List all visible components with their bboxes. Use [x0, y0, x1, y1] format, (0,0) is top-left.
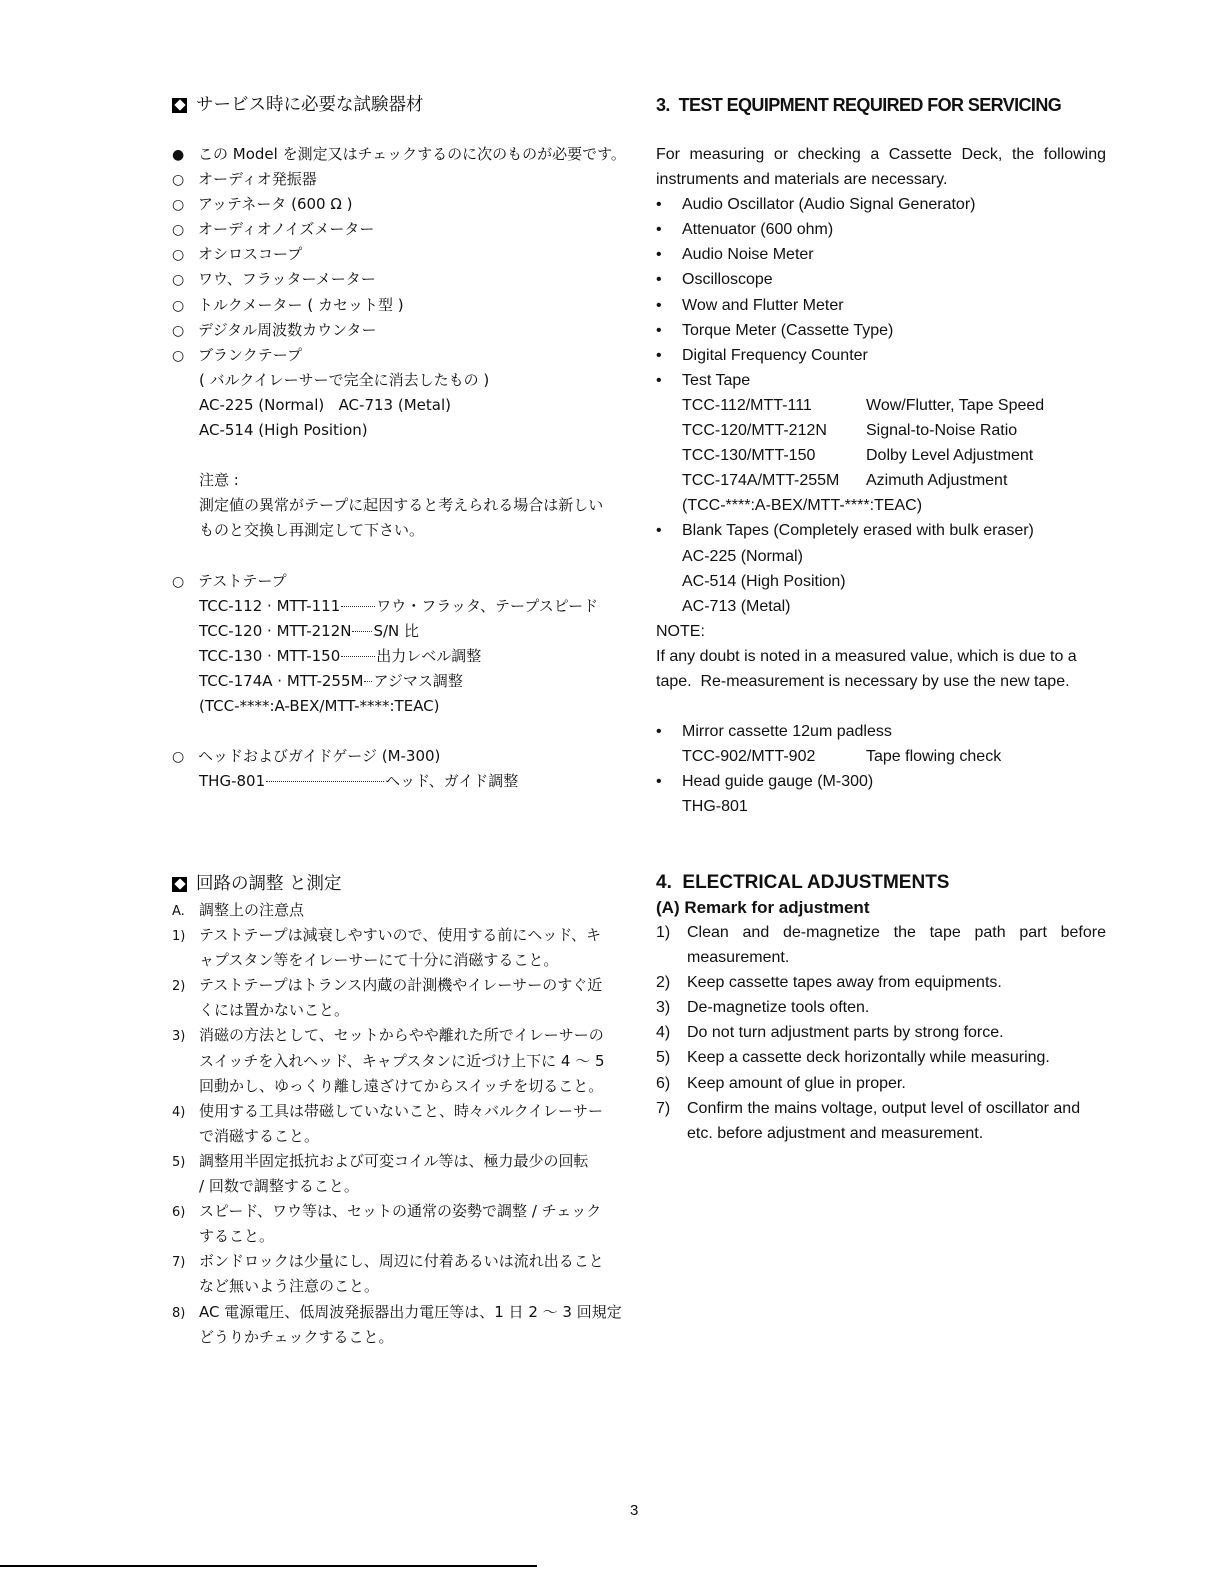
jp-remark-item: 7)ボンドロックは少量にし、周辺に付着あるいは流れ出ることなど無いよう注意のこと…: [172, 1249, 642, 1299]
manual-page: サービス時に必要な試験器材 ●この Model を測定又はチェックするのに次のも…: [0, 0, 1220, 1583]
jp-item: ○オーディオノイズメーター: [172, 217, 642, 242]
en-test-tape-row: TCC-174A/MTT-255MAzimuth Adjustment: [656, 468, 1106, 493]
en-electrical-adjustments-section: 4. ELECTRICAL ADJUSTMENTS (A) Remark for…: [656, 870, 1106, 1146]
en-item: •Wow and Flutter Meter: [656, 293, 1106, 318]
leader-dots: [364, 669, 372, 682]
open-circle-bullet-icon: ○: [172, 193, 198, 218]
en-blank-tape: AC-225 (Normal): [656, 544, 1106, 569]
jp-remark-item: 2)テストテープはトランス内蔵の計測機やイレーサーのすぐ近くには置かないこと。: [172, 973, 642, 1023]
en-item: •Oscilloscope: [656, 267, 1106, 292]
bullet-icon: •: [656, 267, 682, 292]
en-blank-tape: AC-713 (Metal): [656, 594, 1106, 619]
leader-dots: [341, 594, 375, 607]
en-item: •Attenuator (600 ohm): [656, 217, 1106, 242]
en-note-label: NOTE:: [656, 619, 1106, 644]
en-remark-item: 1)Clean and de-magnetize the tape path p…: [656, 920, 1106, 970]
jp-caution-text: ものと交換し再測定して下さい。: [172, 518, 642, 543]
jp-gauge-label: ○ヘッドおよびガイドゲージ (M-300): [172, 744, 642, 769]
jp-remark-item: 3)消磁の方法として、セットからやや離れた所でイレーサーのスイッチを入れヘッド、…: [172, 1023, 642, 1098]
en-remark-item: 2)Keep cassette tapes away from equipmen…: [656, 970, 1106, 995]
open-circle-bullet-icon: ○: [172, 344, 198, 369]
en-mirror-cassette: •Mirror cassette 12um padless: [656, 719, 1106, 744]
jp-section3-heading: サービス時に必要な試験器材: [172, 90, 642, 120]
en-test-tape-row: TCC-120/MTT-212NSignal-to-Noise Ratio: [656, 418, 1106, 443]
bullet-icon: •: [656, 318, 682, 343]
jp-item: ○オシロスコープ: [172, 242, 642, 267]
open-circle-bullet-icon: ○: [172, 294, 198, 319]
jp-caution-label: 注意 :: [172, 468, 642, 493]
en-item: •Test Tape: [656, 368, 1106, 393]
jp-test-tape-row: TCC-130 · MTT-150出力レベル調整: [172, 644, 642, 669]
diamond-box-icon: [172, 877, 187, 892]
leader-dots: [352, 619, 372, 632]
jp-gauge-row: THG-801ヘッド、ガイド調整: [172, 769, 642, 794]
jp-test-tape-label: ○テストテープ: [172, 569, 642, 594]
jp-blank-tapes-line2: AC-514 (High Position): [172, 418, 642, 443]
jp-item: ○オーディオ発振器: [172, 167, 642, 192]
jp-item: ○ブランクテープ: [172, 343, 642, 368]
bullet-icon: •: [656, 719, 682, 744]
bullet-icon: •: [656, 368, 682, 393]
jp-remark-item: 5)調整用半固定抵抗および可変コイル等は、極力最少の回転/ 回数で調整すること。: [172, 1149, 642, 1199]
jp-sub-heading: A.調整上の注意点: [172, 898, 642, 923]
en-blank-tapes: •Blank Tapes (Completely erased with bul…: [656, 518, 1106, 543]
en-gauge-label: •Head guide gauge (M-300): [656, 769, 1106, 794]
jp-item: ○アッテネータ (600 Ω ): [172, 192, 642, 217]
bullet-icon: •: [656, 293, 682, 318]
filled-circle-bullet-icon: ●: [172, 143, 198, 168]
en-blank-tape: AC-514 (High Position): [656, 569, 1106, 594]
open-circle-bullet-icon: ○: [172, 218, 198, 243]
bullet-icon: •: [656, 192, 682, 217]
open-circle-bullet-icon: ○: [172, 319, 198, 344]
jp-remark-item: 6)スピード、ワウ等は、セットの通常の姿勢で調整 / チェックすること。: [172, 1199, 642, 1249]
bullet-icon: •: [656, 518, 682, 543]
en-test-tape-maker: (TCC-****:A-BEX/MTT-****:TEAC): [656, 493, 1106, 518]
jp-electrical-adjustments-section: 回路の調整 と測定 A.調整上の注意点 1)テストテープは減衰しやすいので、使用…: [172, 870, 642, 1350]
en-item: •Audio Oscillator (Audio Signal Generato…: [656, 192, 1106, 217]
en-intro: instruments and materials are necessary.: [656, 167, 1106, 192]
en-test-equipment-section: 3. TEST EQUIPMENT REQUIRED FOR SERVICING…: [656, 90, 1106, 820]
jp-remark-item: 8)AC 電源電圧、低周波発振器出力電圧等は、1 日 2 ～ 3 回規定どうりか…: [172, 1300, 642, 1350]
diamond-box-icon: [172, 98, 187, 113]
open-circle-bullet-icon: ○: [172, 168, 198, 193]
jp-caution-text: 測定値の異常がテープに起因すると考えられる場合は新しい: [172, 493, 642, 518]
jp-blank-tape-note: ( バルクイレーサーで完全に消去したもの ): [172, 368, 642, 393]
jp-test-tape-maker: (TCC-****:A-BEX/MTT-****:TEAC): [172, 694, 642, 719]
en-section4-heading: 4. ELECTRICAL ADJUSTMENTS: [656, 870, 1106, 896]
jp-remark-item: 4)使用する工具は帯磁していないこと、時々バルクイレーサーで消磁すること。: [172, 1099, 642, 1149]
en-section3-heading: 3. TEST EQUIPMENT REQUIRED FOR SERVICING: [656, 90, 1106, 120]
en-item: •Digital Frequency Counter: [656, 343, 1106, 368]
bullet-icon: •: [656, 217, 682, 242]
en-mirror-row: TCC-902/MTT-902Tape flowing check: [656, 744, 1106, 769]
en-note-text: If any doubt is noted in a measured valu…: [656, 644, 1106, 669]
jp-test-tape-row: TCC-174A · MTT-255Mアジマス調整: [172, 669, 642, 694]
jp-test-equipment-section: サービス時に必要な試験器材 ●この Model を測定又はチェックするのに次のも…: [172, 90, 642, 794]
jp-item: ○ワウ、フラッターメーター: [172, 267, 642, 292]
bullet-icon: •: [656, 343, 682, 368]
jp-test-tape-row: TCC-112 · MTT-111ワウ・フラッタ、テープスピード: [172, 594, 642, 619]
en-test-tape-row: TCC-130/MTT-150Dolby Level Adjustment: [656, 443, 1106, 468]
en-remark-item: 4)Do not turn adjustment parts by strong…: [656, 1020, 1106, 1045]
open-circle-bullet-icon: ○: [172, 268, 198, 293]
jp-section4-heading: 回路の調整 と測定: [172, 870, 642, 898]
en-test-tape-row: TCC-112/MTT-111Wow/Flutter, Tape Speed: [656, 393, 1106, 418]
jp-item: ○トルクメーター ( カセット型 ): [172, 293, 642, 318]
jp-section3-heading-text: サービス時に必要な試験器材: [196, 90, 424, 120]
bullet-icon: •: [656, 242, 682, 267]
open-circle-bullet-icon: ○: [172, 570, 198, 595]
bottom-rule: [0, 1565, 537, 1567]
en-gauge-code: THG-801: [656, 794, 1106, 819]
en-sub-heading: (A) Remark for adjustment: [656, 896, 1106, 920]
en-remark-item: 6)Keep amount of glue in proper.: [656, 1071, 1106, 1096]
en-intro: For measuring or checking a Cassette Dec…: [656, 142, 1106, 167]
open-circle-bullet-icon: ○: [172, 745, 198, 770]
jp-item: ○デジタル周波数カウンター: [172, 318, 642, 343]
page-number: 3: [630, 1502, 638, 1519]
en-item: •Torque Meter (Cassette Type): [656, 318, 1106, 343]
en-remark-item: 5)Keep a cassette deck horizontally whil…: [656, 1045, 1106, 1070]
leader-dots: [266, 769, 384, 782]
jp-remark-item: 1)テストテープは減衰しやすいので、使用する前にヘッド、キャプスタン等をイレーサ…: [172, 923, 642, 973]
jp-blank-tapes-line1: AC-225 (Normal) AC-713 (Metal): [172, 393, 642, 418]
leader-dots: [341, 644, 375, 657]
jp-test-tape-row: TCC-120 · MTT-212NS/N 比: [172, 619, 642, 644]
bullet-icon: •: [656, 769, 682, 794]
open-circle-bullet-icon: ○: [172, 243, 198, 268]
en-remark-item: 3)De-magnetize tools often.: [656, 995, 1106, 1020]
en-remark-item: 7)Confirm the mains voltage, output leve…: [656, 1096, 1106, 1146]
en-note-text: tape. Re-measurement is necessary by use…: [656, 669, 1106, 694]
en-item: •Audio Noise Meter: [656, 242, 1106, 267]
jp-intro: ●この Model を測定又はチェックするのに次のものが必要です。: [172, 142, 642, 167]
